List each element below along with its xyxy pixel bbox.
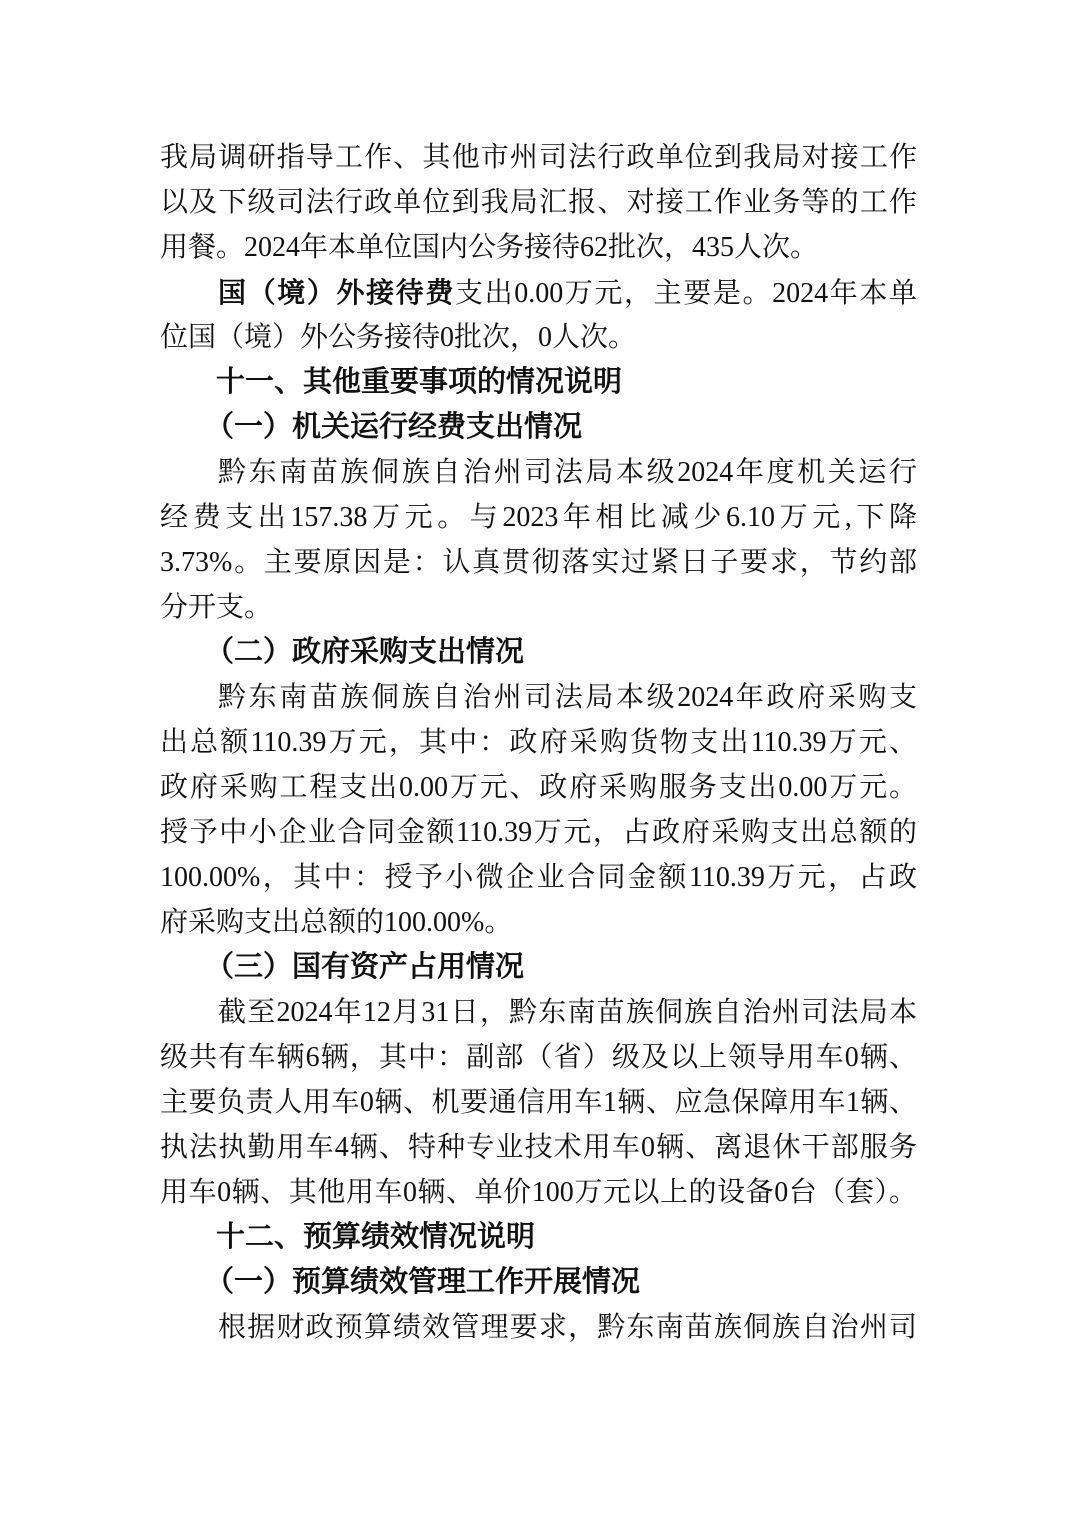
body-line: 出总额110.39万元，其中：政府采购货物支出110.39万元、 bbox=[160, 720, 917, 765]
subsection-heading-state-assets: （三）国有资产占用情况 bbox=[160, 945, 917, 990]
body-line: 黔东南苗族侗族自治州司法局本级2024年度机关运行 bbox=[160, 450, 917, 495]
body-line: 分开支。 bbox=[160, 585, 917, 630]
body-line: 执法执勤用车4辆、特种专业技术用车0辆、离退休干部服务 bbox=[160, 1125, 917, 1170]
body-line: 用车0辆、其他用车0辆、单价100万元以上的设备0台（套）。 bbox=[160, 1170, 917, 1215]
body-line: 根据财政预算绩效管理要求，黔东南苗族侗族自治州司 bbox=[160, 1305, 917, 1350]
bold-run-overseas-reception-fee: 国（境）外接待费 bbox=[218, 277, 455, 308]
section-heading-11: 十一、其他重要事项的情况说明 bbox=[160, 360, 917, 405]
body-line: 经费支出157.38万元。与2023年相比减少6.10万元,下降 bbox=[160, 495, 917, 540]
body-line: 100.00%，其中：授予小微企业合同金额110.39万元，占政 bbox=[160, 855, 917, 900]
document-page: 我局调研指导工作、其他市州司法行政单位到我局对接工作 以及下级司法行政单位到我局… bbox=[0, 0, 1074, 1520]
body-line: 以及下级司法行政单位到我局汇报、对接工作业务等的工作 bbox=[160, 180, 917, 225]
subsection-heading-gov-procurement: （二）政府采购支出情况 bbox=[160, 630, 917, 675]
body-line: 黔东南苗族侗族自治州司法局本级2024年政府采购支 bbox=[160, 675, 917, 720]
body-line: 主要负责人用车0辆、机要通信用车1辆、应急保障用车1辆、 bbox=[160, 1080, 917, 1125]
body-line: 政府采购工程支出0.00万元、政府采购服务支出0.00万元。 bbox=[160, 765, 917, 810]
section-heading-12: 十二、预算绩效情况说明 bbox=[160, 1215, 917, 1260]
body-line: 截至2024年12月31日，黔东南苗族侗族自治州司法局本 bbox=[160, 990, 917, 1035]
body-text: 支出0.00万元，主要是。2024年本单 bbox=[455, 278, 917, 309]
body-line: 授予中小企业合同金额110.39万元，占政府采购支出总额的 bbox=[160, 810, 917, 855]
body-line: 位国（境）外公务接待0批次，0人次。 bbox=[160, 315, 917, 360]
document-content: 我局调研指导工作、其他市州司法行政单位到我局对接工作 以及下级司法行政单位到我局… bbox=[160, 135, 917, 1350]
body-line: 级共有车辆6辆，其中：副部（省）级及以上领导用车0辆、 bbox=[160, 1035, 917, 1080]
body-line: 国（境）外接待费支出0.00万元，主要是。2024年本单 bbox=[160, 270, 917, 315]
body-line: 3.73%。主要原因是：认真贯彻落实过紧日子要求，节约部 bbox=[160, 540, 917, 585]
body-line: 我局调研指导工作、其他市州司法行政单位到我局对接工作 bbox=[160, 135, 917, 180]
subsection-heading-operating-expense: （一）机关运行经费支出情况 bbox=[160, 405, 917, 450]
subsection-heading-budget-performance: （一）预算绩效管理工作开展情况 bbox=[160, 1260, 917, 1305]
body-line: 府采购支出总额的100.00%。 bbox=[160, 900, 917, 945]
body-line: 用餐。2024年本单位国内公务接待62批次，435人次。 bbox=[160, 225, 917, 270]
